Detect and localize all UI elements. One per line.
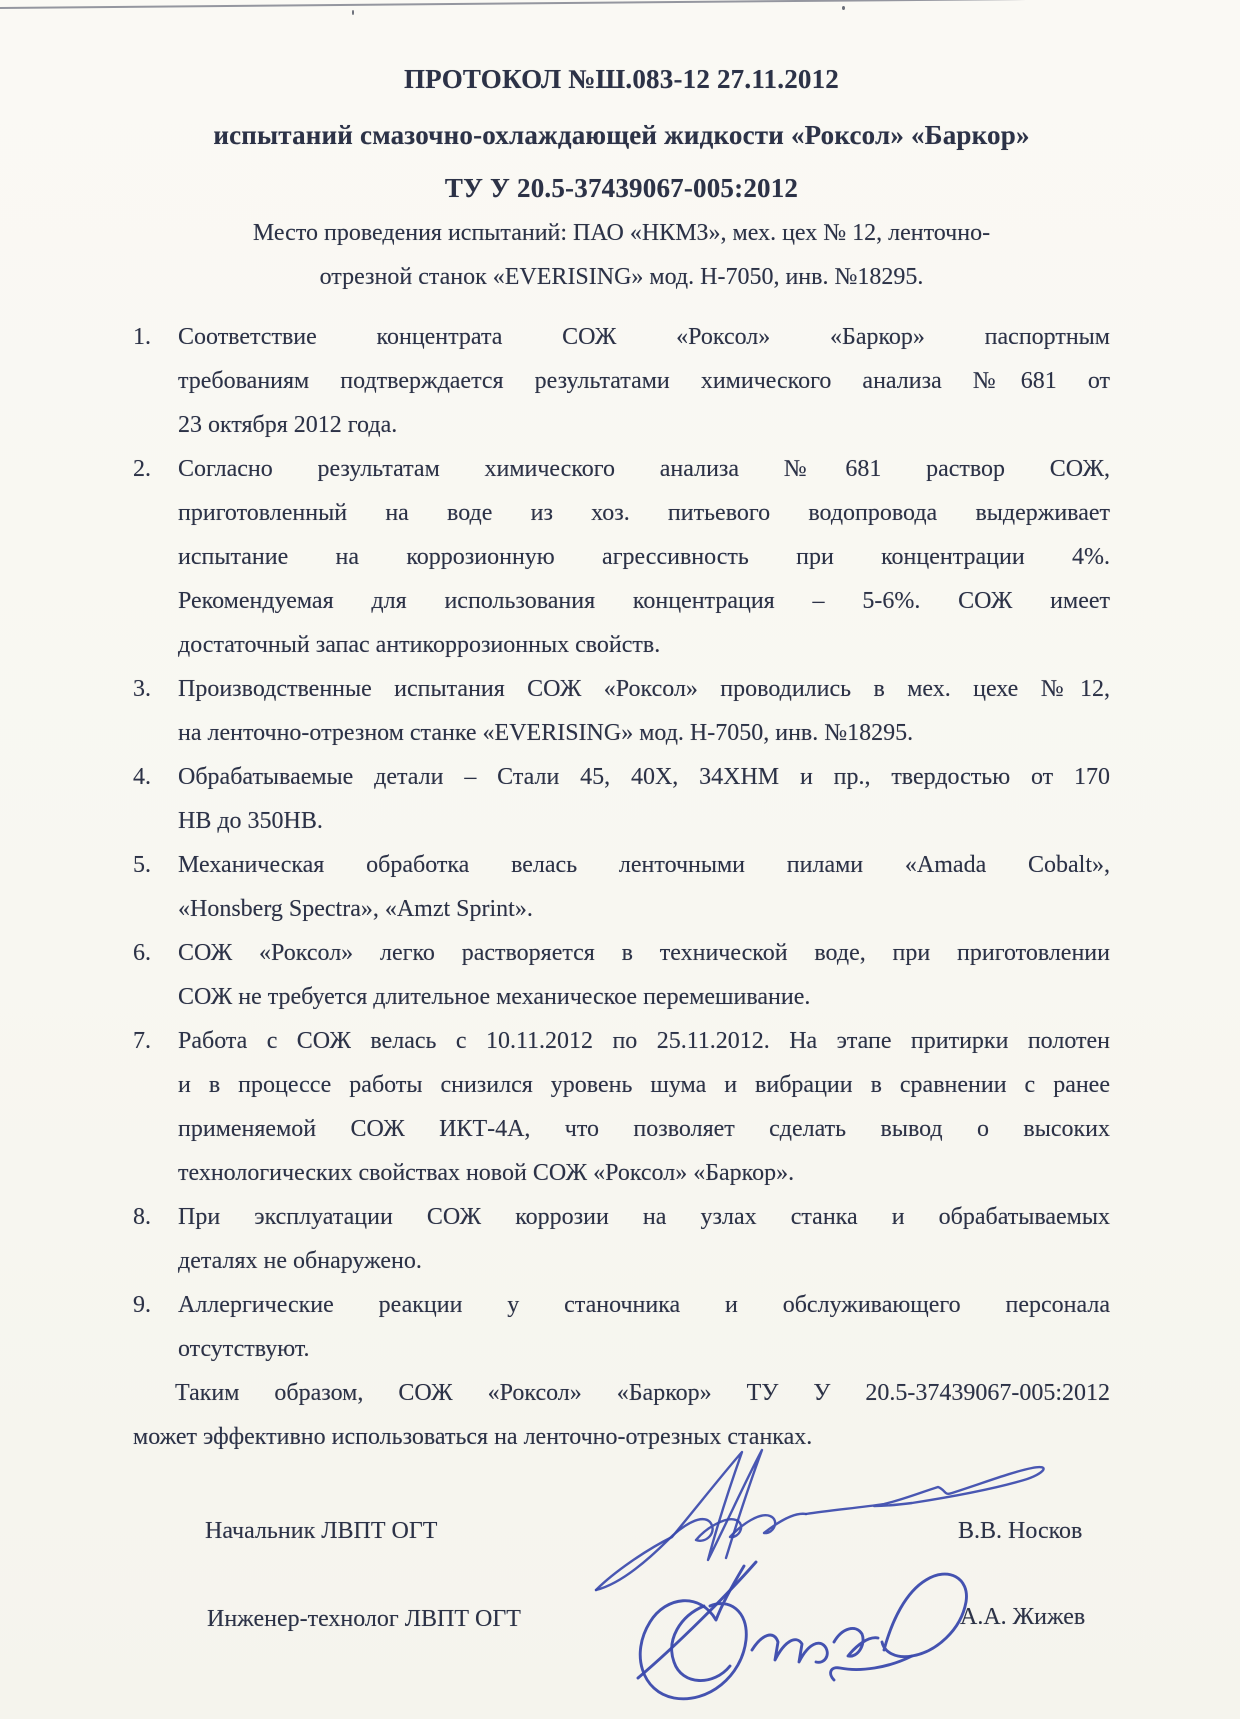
signer-name-1: В.В. Носков <box>958 1516 1082 1546</box>
text-line: деталях не обнаружено. <box>178 1239 1110 1283</box>
text-line: «Honsberg Spectra», «Amzt Sprint». <box>178 887 1110 931</box>
scan-speck <box>842 6 845 10</box>
item-number: 8. <box>133 1195 178 1283</box>
text-line: технологических свойствах новой СОЖ «Рок… <box>178 1151 1110 1195</box>
findings-list: 1. Соответствие концентрата СОЖ «Роксол»… <box>133 315 1110 1371</box>
protocol-subtitle: испытаний смазочно-охлаждающей жидкости … <box>133 118 1110 152</box>
item-number: 9. <box>133 1283 178 1371</box>
text-line: Место проведения испытаний: ПАО «НКМЗ», … <box>133 211 1110 255</box>
protocol-standard: ТУ У 20.5-37439067-005:2012 <box>133 171 1110 205</box>
item-text: Соответствие концентрата СОЖ «Роксол» «Б… <box>178 315 1110 447</box>
signer-title-2: Инженер-технолог ЛВПТ ОГТ <box>207 1604 521 1634</box>
list-item: 6. СОЖ «Роксол» легко растворяется в тех… <box>133 931 1110 1019</box>
list-item: 8. При эксплуатации СОЖ коррозии на узла… <box>133 1195 1110 1283</box>
list-item: 1. Соответствие концентрата СОЖ «Роксол»… <box>133 315 1110 447</box>
item-text: Обрабатываемые детали – Стали 45, 40Х, 3… <box>178 755 1110 843</box>
item-text: При эксплуатации СОЖ коррозии на узлах с… <box>178 1195 1110 1283</box>
item-number: 6. <box>133 931 178 1019</box>
item-text: Работа с СОЖ велась с 10.11.2012 по 25.1… <box>178 1019 1110 1195</box>
text-line: Согласно результатам химического анализа… <box>178 447 1110 491</box>
text-line: 23 октября 2012 года. <box>178 403 1110 447</box>
item-number: 5. <box>133 843 178 931</box>
text-line: СОЖ «Роксол» легко растворяется в технич… <box>178 931 1110 975</box>
item-number: 3. <box>133 667 178 755</box>
text-line: Рекомендуемая для использования концентр… <box>178 579 1110 623</box>
list-item: 7. Работа с СОЖ велась с 10.11.2012 по 2… <box>133 1019 1110 1195</box>
list-item: 3. Производственные испытания СОЖ «Роксо… <box>133 667 1110 755</box>
item-text: Производственные испытания СОЖ «Роксол» … <box>178 667 1110 755</box>
list-item: 5. Механическая обработка велась ленточн… <box>133 843 1110 931</box>
text-line: требованиям подтверждается результатами … <box>178 359 1110 403</box>
text-line: может эффективно использоваться на ленто… <box>133 1415 1110 1459</box>
text-line: СОЖ не требуется длительное механическое… <box>178 975 1110 1019</box>
text-line: применяемой СОЖ ИКТ-4А, что позволяет сд… <box>178 1107 1110 1151</box>
text-line: Производственные испытания СОЖ «Роксол» … <box>178 667 1110 711</box>
signer-title-1: Начальник ЛВПТ ОГТ <box>205 1516 437 1546</box>
text-line: Соответствие концентрата СОЖ «Роксол» «Б… <box>178 315 1110 359</box>
signature-zhizhev-icon <box>638 1562 966 1699</box>
text-line: Обрабатываемые детали – Стали 45, 40Х, 3… <box>178 755 1110 799</box>
text-line: Таким образом, СОЖ «Роксол» «Баркор» ТУ … <box>133 1371 1110 1415</box>
list-item: 4. Обрабатываемые детали – Стали 45, 40Х… <box>133 755 1110 843</box>
document-content: ПРОТОКОЛ №Ш.083-12 27.11.2012 испытаний … <box>0 0 1240 1459</box>
signer-name-2: А.А. Жижев <box>960 1602 1085 1632</box>
list-item: 2. Согласно результатам химического анал… <box>133 447 1110 667</box>
text-line: отрезной станок «EVERISING» мод. Н-7050,… <box>133 255 1110 299</box>
text-line: отсутствуют. <box>178 1327 1110 1371</box>
text-line: и в процессе работы снизился уровень шум… <box>178 1063 1110 1107</box>
text-line: Механическая обработка велась ленточными… <box>178 843 1110 887</box>
protocol-title: ПРОТОКОЛ №Ш.083-12 27.11.2012 <box>133 62 1110 96</box>
text-line: При эксплуатации СОЖ коррозии на узлах с… <box>178 1195 1110 1239</box>
text-line: Работа с СОЖ велась с 10.11.2012 по 25.1… <box>178 1019 1110 1063</box>
list-item: 9. Аллергические реакции у станочника и … <box>133 1283 1110 1371</box>
item-number: 2. <box>133 447 178 667</box>
test-location: Место проведения испытаний: ПАО «НКМЗ», … <box>133 211 1110 299</box>
item-number: 7. <box>133 1019 178 1195</box>
text-line: на ленточно-отрезном станке «EVERISING» … <box>178 711 1110 755</box>
text-line: достаточный запас антикоррозионных свойс… <box>178 623 1110 667</box>
conclusion: Таким образом, СОЖ «Роксол» «Баркор» ТУ … <box>133 1371 1110 1459</box>
scan-speck <box>352 10 354 15</box>
item-text: Согласно результатам химического анализа… <box>178 447 1110 667</box>
item-number: 1. <box>133 315 178 447</box>
item-number: 4. <box>133 755 178 843</box>
text-line: НВ до 350НВ. <box>178 799 1110 843</box>
item-text: Механическая обработка велась ленточными… <box>178 843 1110 931</box>
item-text: СОЖ «Роксол» легко растворяется в технич… <box>178 931 1110 1019</box>
text-line: приготовленный на воде из хоз. питьевого… <box>178 491 1110 535</box>
text-line: Аллергические реакции у станочника и обс… <box>178 1283 1110 1327</box>
item-text: Аллергические реакции у станочника и обс… <box>178 1283 1110 1371</box>
scanned-protocol-page: ПРОТОКОЛ №Ш.083-12 27.11.2012 испытаний … <box>0 0 1240 1719</box>
text-line: испытание на коррозионную агрессивность … <box>178 535 1110 579</box>
